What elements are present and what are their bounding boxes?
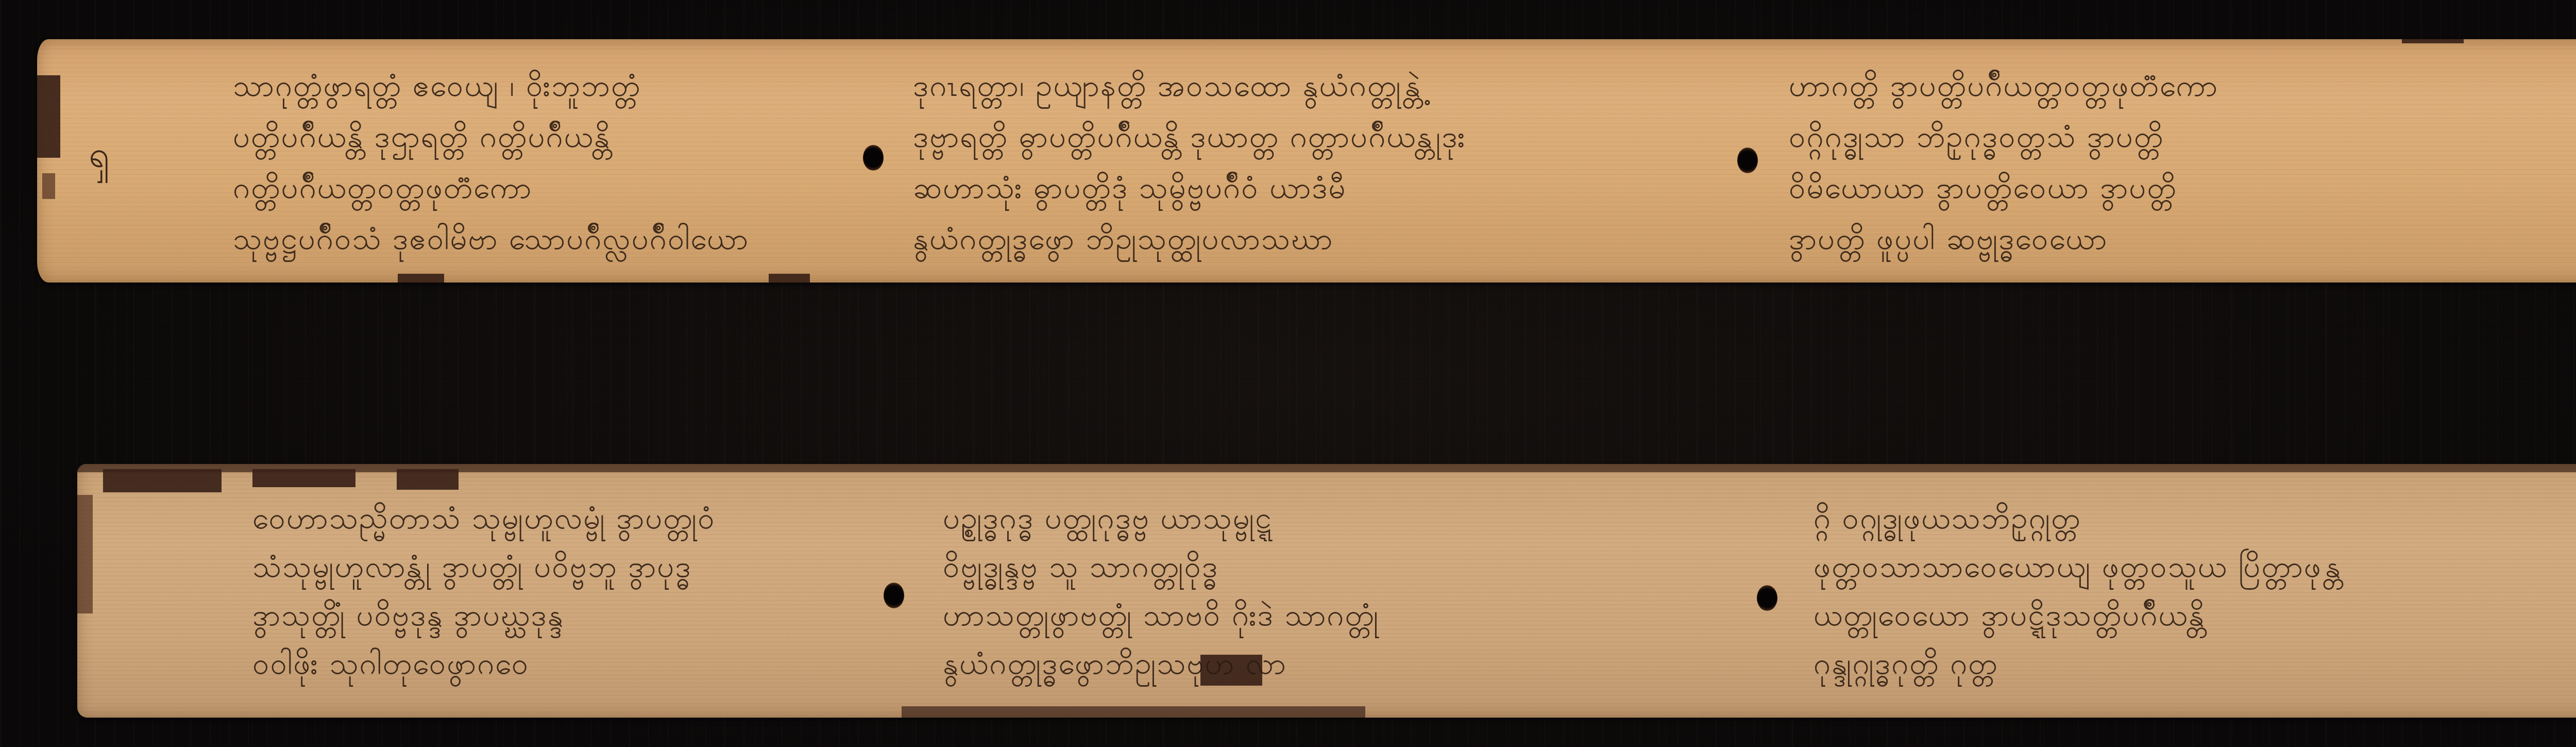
- manuscript-line: ဝိမိယောယာ ဒွာပတ္တိဝေယာ ဒွာပတ္တိ: [1789, 164, 2500, 211]
- manuscript-line: ပတ္တိပဂ်ဳယန္တိ ဒုဌုာရတ္တိ ဂတ္တိပဂ်ဳယန္တိ: [233, 113, 831, 160]
- leaf-edge-damage: [37, 75, 60, 158]
- text-column-3: ဂ္ဂိ ဝဂ္ဂုဒ္ဓုဖုယသဘိဉုဂ္ဂုတ္တ ဖုတ္တဝသာသာ…: [1814, 464, 2483, 718]
- palm-leaf-folio-top: ၡ သာဂုတ္တံဖွာရတ္တံ ဧဝေယျ ၊ ဝိုးဘူဘတ္တံ ပ…: [37, 39, 2576, 283]
- manuscript-line: ဒွာပတ္တိ ဖူပ္ပပါ ဆဗ္ဗုဒ္ဓဝေယော: [1789, 215, 2500, 262]
- leaf-edge-damage: [77, 495, 93, 613]
- string-hole-right: [1737, 147, 1758, 173]
- manuscript-line: ဟာသတ္တုဖွာဗတ္တုံ သာဗဝိ ဂိုးဒဲ သာဂတ္တုံ: [943, 592, 1716, 638]
- manuscript-line: ဝေဟာသည္မိတာသံ သုမ္ဗုဟူလမ္ဗုံ ဒွာပတ္တုဝံ: [252, 495, 850, 541]
- manuscript-line: ဟာဂတ္တိ ဒွာပတ္တိပဂ်ဳယတ္တဝတ္တဖုတၱကော: [1789, 62, 2500, 109]
- palm-leaf-folio-bottom: ဝေဟာသည္မိတာသံ သုမ္ဗုဟူလမ္ဗုံ ဒွာပတ္တုဝံ …: [77, 464, 2576, 718]
- leaf-edge-damage: [103, 469, 222, 492]
- manuscript-line: ဒုဗ္ဗာရတ္တိ ဓွာပတ္တိပဂ်ဳယန္တိ ဒုယာတ္တ ဂတ…: [913, 113, 1686, 160]
- manuscript-line: ပဉ္စုဒ္ဓဂုဒ္ဓ ပတ္ထုဂုဒ္ဓဗ္ဗ ယာသုမ္ဗုဋ္ဋ: [943, 495, 1716, 541]
- text-column-1: သာဂုတ္တံဖွာရတ္တံ ဧဝေယျ ၊ ဝိုးဘူဘတ္တံ ပတ္…: [233, 39, 831, 283]
- manuscript-line: ဂတ္တိပဂ်ဳယတ္တဝတ္တဖုတၱကော: [233, 164, 831, 211]
- text-column-2: ပဉ္စုဒ္ဓဂုဒ္ဓ ပတ္ထုဂုဒ္ဓဗ္ဗ ယာသုမ္ဗုဋ္ဋ …: [943, 464, 1716, 718]
- manuscript-line: သံသုမ္ဗုဟူလာန္တုံ ဒွာပတ္တုံ ပဝိဗ္ဗဘူ ဒွာ…: [252, 543, 850, 590]
- manuscript-line: ဂုန္ဒုဂ္ဂုဒ္ဓဂုတ္တိ ဂုတ္တ: [1814, 640, 2483, 687]
- string-hole-left: [863, 145, 884, 171]
- manuscript-line: သာဂုတ္တံဖွာရတ္တံ ဧဝေယျ ၊ ဝိုးဘူဘတ္တံ: [233, 62, 831, 109]
- manuscript-line: ဆဟာသုံး ဓွာပတ္တိဒုံ သုမွိဗ္ဗပဂ်ဳဝံ ယာဒံမ…: [913, 164, 1686, 211]
- manuscript-line: ဂ္ဂိ ဝဂ္ဂုဒ္ဓုဖုယသဘိဉုဂ္ဂုတ္တ: [1814, 495, 2483, 541]
- string-hole-left: [884, 583, 904, 608]
- folio-number-marker: ၡ: [89, 132, 109, 185]
- manuscript-line: ဖုတ္တဝသာသာဝေယောယျ ဖုတ္တဝသူယ ပြိတ္တာဖုန္တ: [1814, 543, 2483, 590]
- text-column-2: ဒုဂၤရတ္တာ၊ ဥယျာနတ္တိ အဝသထော နွယံဂတ္တုန္တ…: [913, 39, 1686, 283]
- manuscript-line: နွယံဂတ္တုဒ္ဓဖွော ဘိဥုသုတ္ထုပလာသဃာ: [913, 215, 1686, 262]
- manuscript-line: နွယံဂတ္တုဒ္ဓဖွောဘိဥုသဗုဟ လာ: [943, 640, 1716, 687]
- manuscript-line: ဒုဂၤရတ္တာ၊ ဥယျာနတ္တိ အဝသထော နွယံဂတ္တုန္တ…: [913, 62, 1686, 109]
- manuscript-line: ဝဝါဖိုး သုဂါတုဝေဖွာဂဝေ: [252, 640, 850, 687]
- manuscript-line: ဝိဗ္ဗုဒ္ဓုန္ဒဗ္ဗ သူ သာဂတ္တုဝိုဒ္ဓ: [943, 543, 1716, 590]
- manuscript-line: ယတ္တုဝေယော ဒွာပဋ္ဋိဒုသတ္တိပဂ်ဳယန္တိ: [1814, 592, 2483, 638]
- manuscript-line: ဝဂ္ဂိဂုဒ္ဓုသာ ဘိဉုဂုဒ္ဓဝတ္တသံ ဒွာပတ္တိ: [1789, 113, 2500, 160]
- leaf-edge-damage: [42, 173, 55, 199]
- manuscript-line: သုဗ္ဗဋ္ဌပဂ်ဳဝသံ ဒုဧဝါမိဗာ သောပဂ်ဳလ္လပဂ်ဳ…: [233, 215, 831, 262]
- manuscript-line: ဒွာသုတ္တိုံ ပဝိဗ္ဗဒုန္ဒ ဒွာပဃ္ဃဒုန္ဒ: [252, 592, 850, 638]
- string-hole-right: [1757, 585, 1777, 611]
- text-column-3: ဟာဂတ္တိ ဒွာပတ္တိပဂ်ဳယတ္တဝတ္တဖုတၱကော ဝဂ္ဂ…: [1789, 39, 2500, 283]
- text-column-1: ဝေဟာသည္မိတာသံ သုမ္ဗုဟူလမ္ဗုံ ဒွာပတ္တုဝံ …: [252, 464, 850, 718]
